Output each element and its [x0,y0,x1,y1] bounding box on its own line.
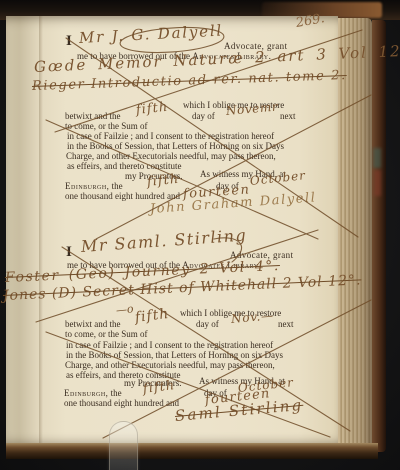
form1-sum-line: to come, or the Sum of [65,121,148,131]
clear-film-strip [109,421,138,470]
form2-betwixt-label: betwixt and the [65,319,121,329]
form2-pronoun: I [66,244,72,261]
form1-pronoun: I [66,33,72,50]
form1-failzie-line-2: in the Books of Session, that Letters of… [67,141,284,151]
form1-failzie-line-1: in case of Failzie ; and I consent to th… [67,131,274,141]
form2-failzie-line-2: in the Books of Session, that Letters of… [66,350,283,360]
marbled-paper-speck [373,148,381,168]
form1-edinburgh-line: Edinburgh, the [65,181,123,191]
form2-year-line: one thousand eight hundred and [64,398,179,408]
form1-the-label: the [112,181,123,191]
form2-sum-line: to come, or the Sum of [65,329,148,339]
form2-next-label: next [278,319,294,329]
marbled-paper-speck [374,170,381,196]
form2-failzie-line-1: in case of Failzie ; and I consent to th… [66,340,273,350]
form2-failzie-line-3: Charge, and other Executorials needful, … [65,360,275,370]
photographed-register-page: 269. I Mr J. G. Dalyell Advocate, grant … [0,0,400,470]
book-cover-edge [372,20,386,452]
form1-failzie-line-4: as effeirs, and thereto constitute [67,161,182,171]
form1-edinburgh-label: Edinburgh, [65,181,109,191]
form1-year-line: one thousand eight hundred and [65,191,180,201]
form1-next-label: next [280,111,296,121]
form2-edinburgh-line: Edinburgh, the [64,388,122,398]
form1-day-of-label: day of [192,111,215,121]
form2-edinburgh-label: Edinburgh, [64,388,108,398]
form2-day-of-label: day of [196,319,219,329]
book-bottom-edge [6,443,378,459]
form1-failzie-line-3: Charge, and other Executorials needful, … [66,151,276,161]
form2-caret-mark: —o [115,302,134,317]
form2-the-label: the [111,388,122,398]
form1-betwixt-label: betwixt and the [65,111,121,121]
